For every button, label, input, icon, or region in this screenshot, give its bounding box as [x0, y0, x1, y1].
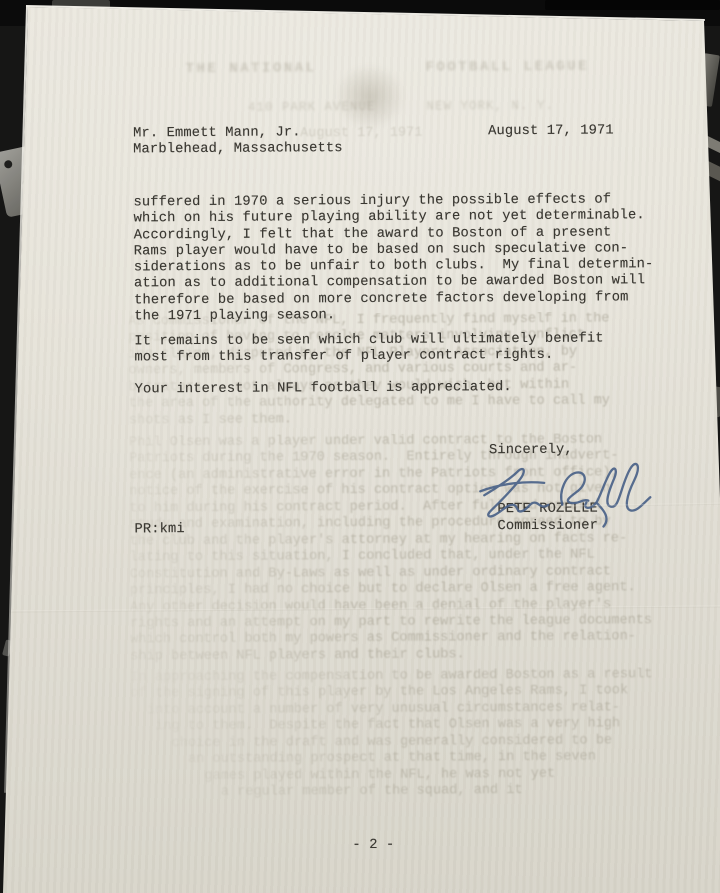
page-number: - 2 -: [352, 838, 394, 855]
pete-rozelle-signature-ink: [478, 460, 656, 533]
letter-paper: THE NATIONAL FOOTBALL LEAGUE 410 PARK AV…: [0, 0, 720, 893]
closing-salutation: Sincerely,: [489, 443, 573, 460]
typist-initials: PR:kmi: [134, 522, 184, 539]
bleed-through-address: 410 PARK AVENUE NEW YORK, N. Y.: [248, 98, 554, 116]
photo-of-letter: THE NATIONAL FOOTBALL LEAGUE 410 PARK AV…: [0, 0, 720, 893]
bracket-hole: [4, 160, 13, 169]
bleed-through-paragraph-upper: As Commissioner of the NFL, I frequently…: [128, 311, 610, 429]
body-paragraph-2: It remains to be seen which club will ul…: [134, 332, 603, 367]
body-paragraph-1: suffered in 1970 a serious injury the po…: [133, 192, 653, 326]
bleed-through-paragraph-lower: In approaching the compensation to be aw…: [130, 667, 653, 802]
body-paragraph-3: Your interest in NFL football is appreci…: [135, 380, 512, 399]
bleed-through-letterhead: THE NATIONAL FOOTBALL LEAGUE: [186, 59, 589, 78]
letter-date: August 17, 1971: [488, 123, 614, 140]
typeset-layer: THE NATIONAL FOOTBALL LEAGUE 410 PARK AV…: [0, 0, 720, 893]
background-clutter: [545, 0, 720, 10]
recipient-address: Mr. Emmett Mann, Jr. Marblehead, Massach…: [133, 125, 343, 159]
